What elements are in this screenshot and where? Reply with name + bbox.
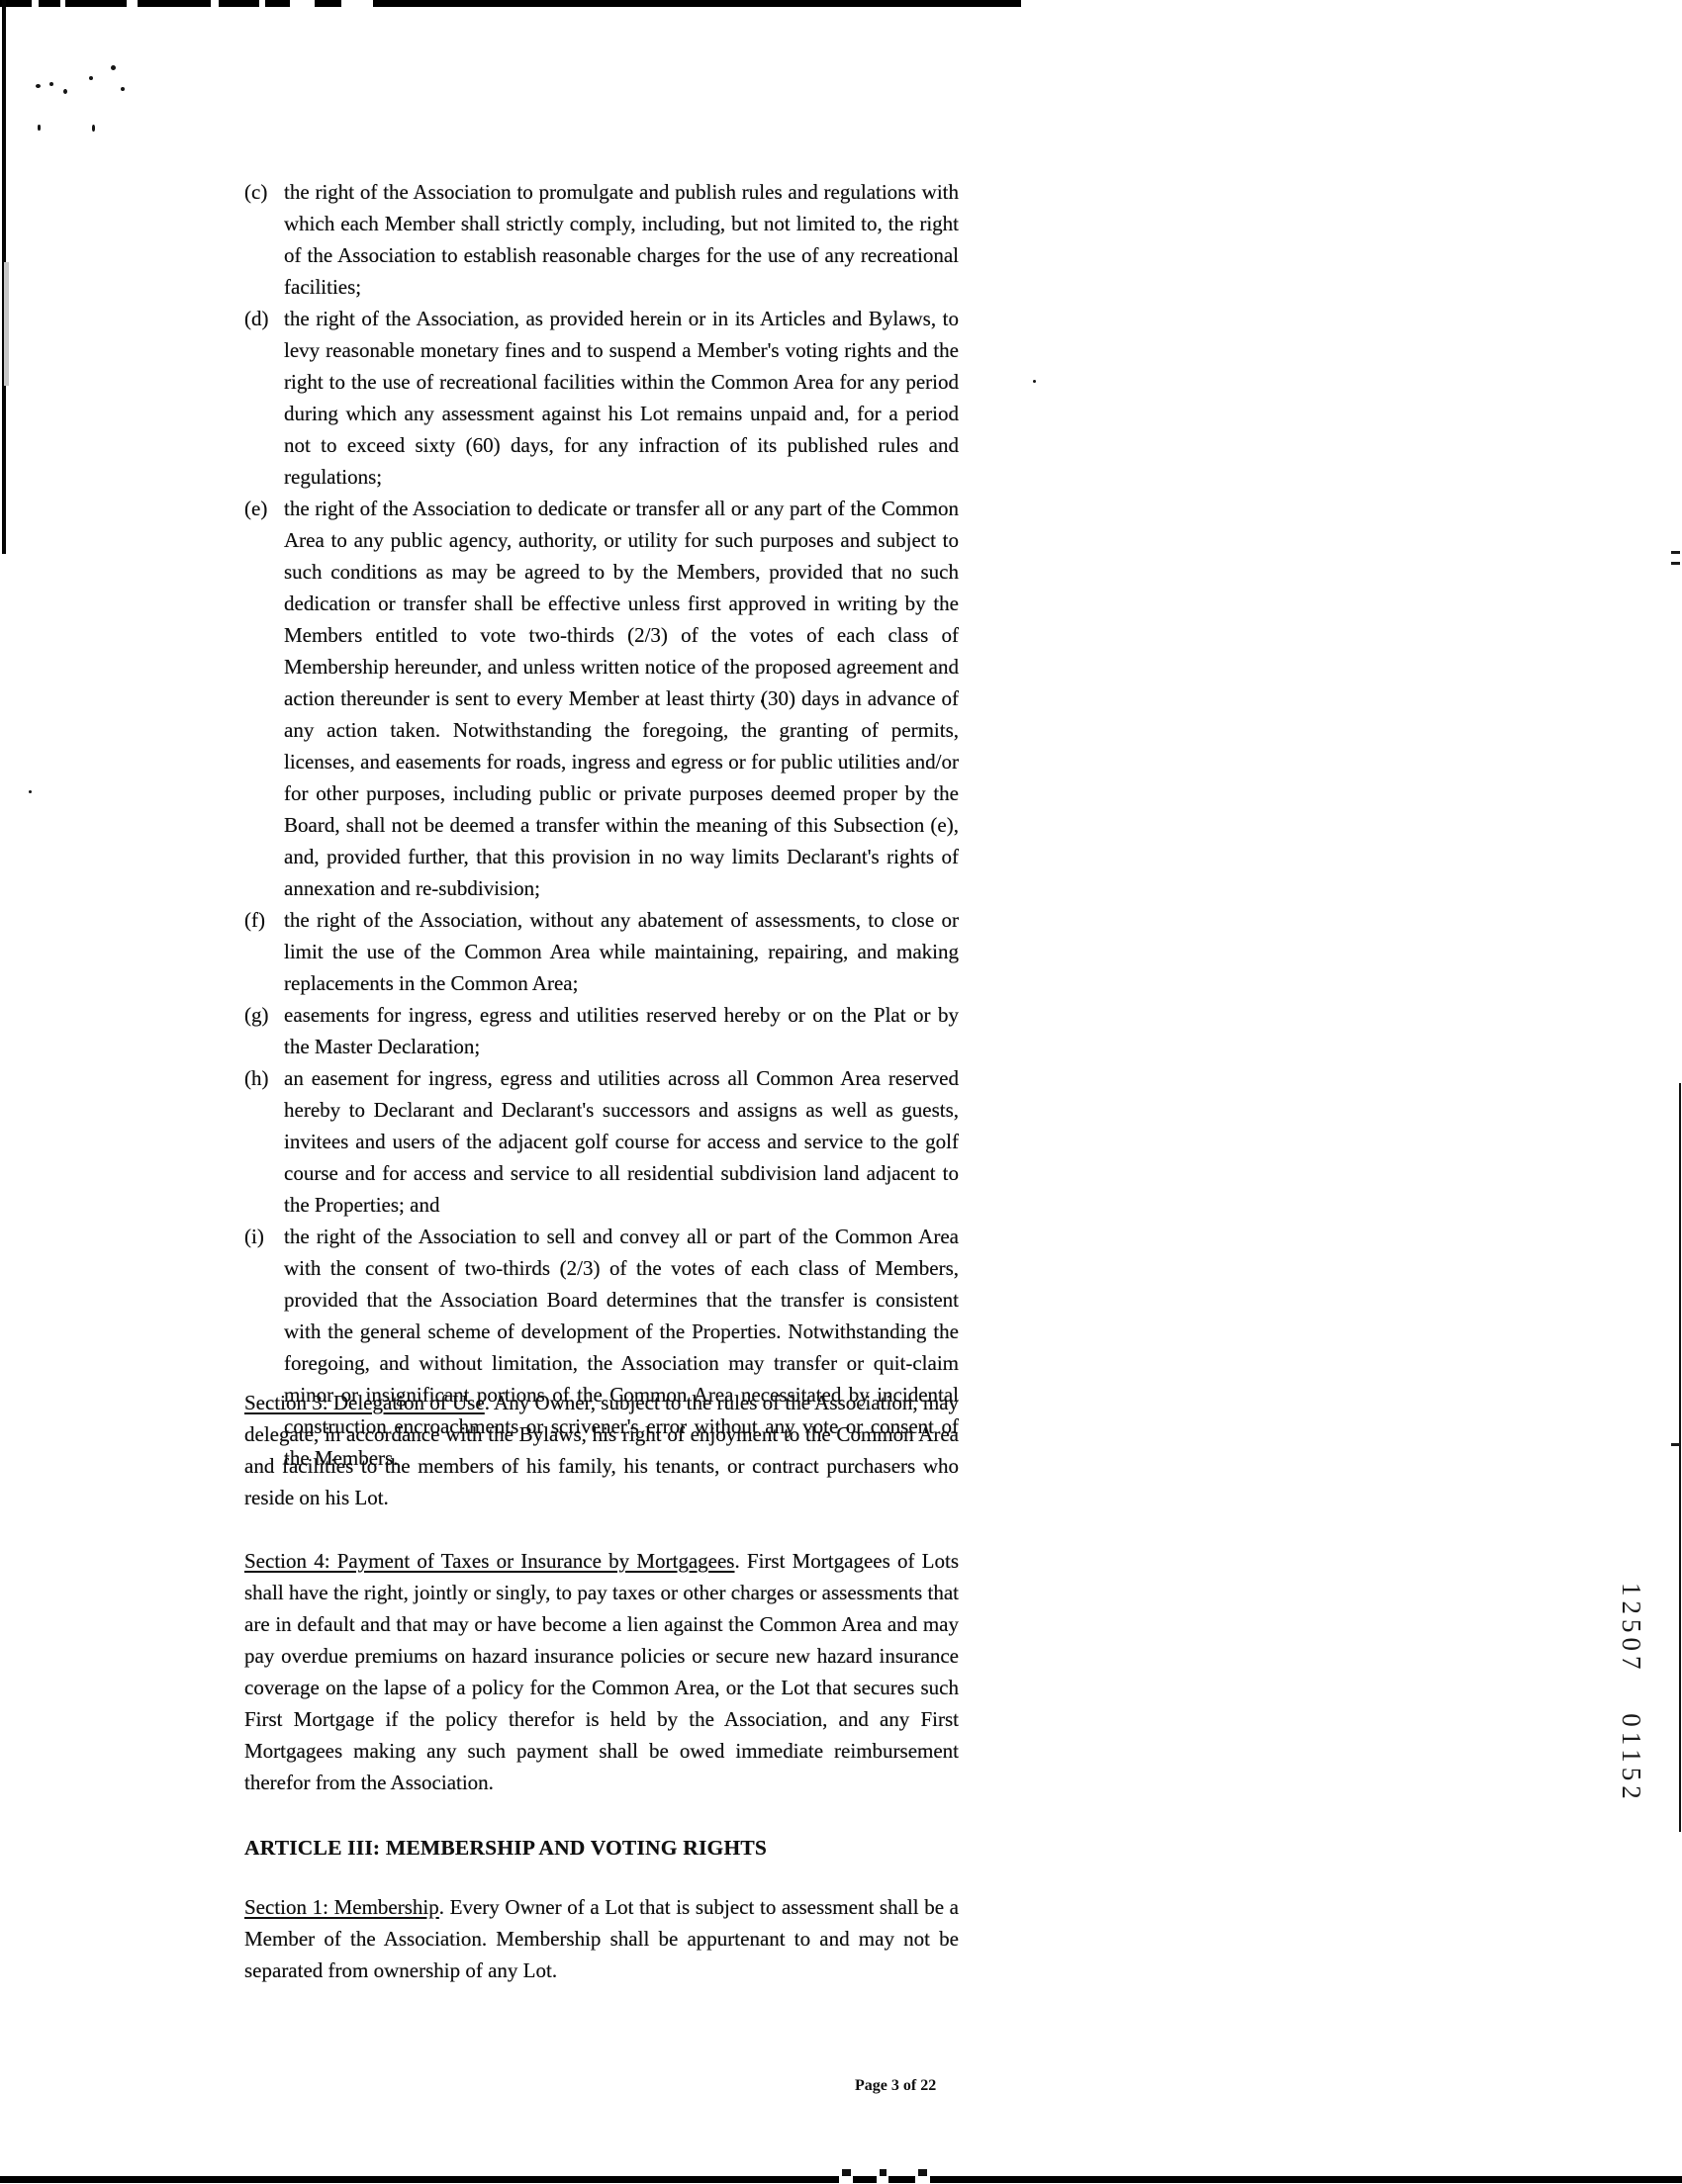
scan-artifact-bottom-bar [0, 2176, 1682, 2183]
clause-marker: (c) [244, 176, 267, 208]
scan-speck [49, 82, 53, 86]
recorder-stamp-number: 12507 01152 [1616, 1583, 1646, 1804]
clause-item-h: (h) an easement for ingress, egress and … [244, 1062, 959, 1221]
scan-artifact-tick [1671, 1443, 1680, 1446]
clause-text: the right of the Association to dedicate… [284, 497, 959, 900]
scan-artifact-smudge [4, 262, 9, 386]
clause-text: the right of the Association, as provide… [284, 307, 959, 489]
scan-speck [111, 65, 116, 70]
clause-item-c: (c) the right of the Association to prom… [244, 176, 959, 303]
scan-speck [38, 125, 41, 131]
section-3-paragraph: Section 3: Delegation of Use. Any Owner,… [244, 1387, 959, 1513]
section-1-heading: Section 1: Membership [244, 1895, 439, 1919]
scan-speck [1033, 380, 1036, 383]
scan-speck [63, 89, 67, 94]
scan-speck [89, 76, 93, 80]
article-iii-heading: ARTICLE III: MEMBERSHIP AND VOTING RIGHT… [244, 1832, 959, 1864]
scan-speck [121, 87, 125, 91]
scan-artifact-smudge [918, 2169, 927, 2176]
clause-marker: (i) [244, 1221, 264, 1252]
clause-text: the right of the Association, without an… [284, 908, 959, 995]
scan-artifact-right-line [1679, 1083, 1681, 1832]
scan-artifact-smudge [880, 2169, 887, 2176]
section-4-body: . First Mortgagees of Lots shall have th… [244, 1549, 959, 1794]
section-3-heading: Section 3: Delegation of Use [244, 1391, 485, 1414]
page-number: Page 3 of 22 [855, 2077, 936, 2095]
scan-artifact-smudge [842, 2169, 851, 2176]
section-4-paragraph: Section 4: Payment of Taxes or Insurance… [244, 1545, 959, 1798]
clause-marker: (e) [244, 493, 267, 524]
section-4-heading: Section 4: Payment of Taxes or Insurance… [244, 1549, 734, 1573]
scan-speck [92, 125, 95, 132]
section-1-paragraph: Section 1: Membership. Every Owner of a … [244, 1891, 959, 1986]
scan-speck [29, 790, 32, 793]
scan-artifact-tick [1671, 551, 1680, 554]
clause-text: the right of the Association to promulga… [284, 180, 959, 299]
clause-list: (c) the right of the Association to prom… [244, 176, 959, 1474]
clause-item-g: (g) easements for ingress, egress and ut… [244, 999, 959, 1062]
clause-text: easements for ingress, egress and utilit… [284, 1003, 959, 1058]
scan-artifact-top-bar [0, 0, 1021, 7]
clause-item-d: (d) the right of the Association, as pro… [244, 303, 959, 493]
scan-speck [36, 84, 41, 88]
clause-text: an easement for ingress, egress and util… [284, 1066, 959, 1217]
clause-item-f: (f) the right of the Association, withou… [244, 904, 959, 999]
clause-item-e: (e) the right of the Association to dedi… [244, 493, 959, 904]
clause-marker: (h) [244, 1062, 269, 1094]
clause-marker: (d) [244, 303, 269, 334]
clause-marker: (f) [244, 904, 265, 936]
clause-marker: (g) [244, 999, 269, 1031]
scan-artifact-tick [1671, 562, 1680, 565]
document-page: (c) the right of the Association to prom… [0, 0, 1682, 2184]
